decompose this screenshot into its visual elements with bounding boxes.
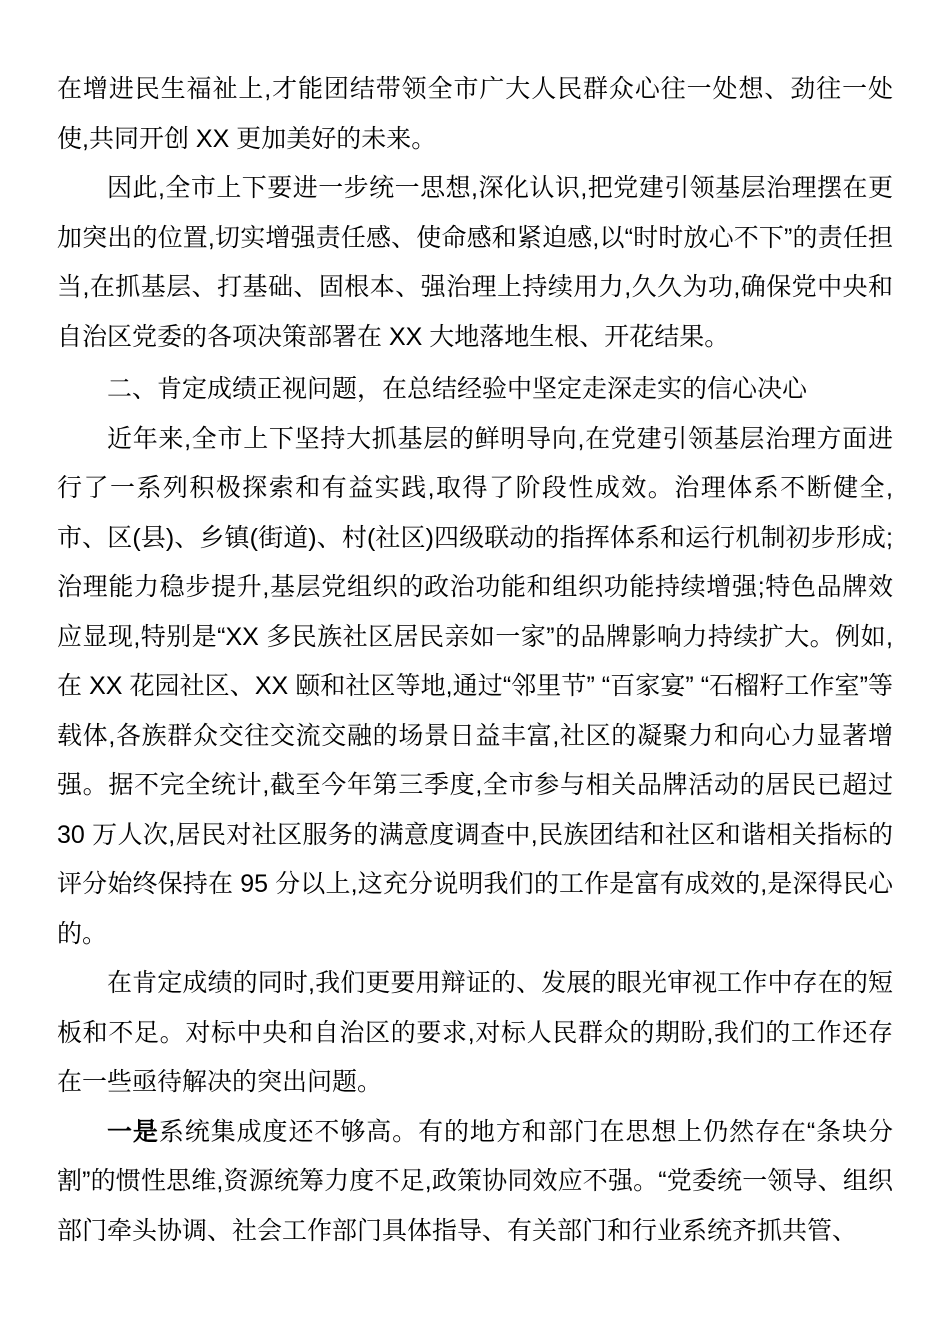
section-heading-text: 二、肯定成绩正视问题，在总结经验中坚定走深走实的信心决心 bbox=[107, 375, 807, 403]
paragraph: 因此,全市上下要进一步统一思想,深化认识,把党建引领基层治理摆在更加突出的位置,… bbox=[57, 164, 893, 362]
paragraph-text: 在肯定成绩的同时,我们更要用辩证的、发展的眼光审视工作中存在的短板和不足。对标中… bbox=[57, 969, 893, 1096]
paragraph: 一是系统集成度还不够高。有的地方和部门在思想上仍然存在“条块分割”的惯性思维,资… bbox=[57, 1108, 893, 1257]
section-heading: 二、肯定成绩正视问题，在总结经验中坚定走深走实的信心决心 bbox=[57, 365, 893, 415]
paragraph: 在增进民生福祉上,才能团结带领全市广大人民群众心往一处想、劲往一处使,共同开创 … bbox=[57, 65, 893, 164]
paragraph: 在肯定成绩的同时,我们更要用辩证的、发展的眼光审视工作中存在的短板和不足。对标中… bbox=[57, 959, 893, 1108]
paragraph-lead-bold: 一是 bbox=[107, 1118, 159, 1146]
document-text-column: 在增进民生福祉上,才能团结带领全市广大人民群众心往一处想、劲往一处使,共同开创 … bbox=[57, 65, 893, 1256]
paragraph-text: 近年来,全市上下坚持大抓基层的鲜明导向,在党建引领基层治理方面进行了一系列积极探… bbox=[57, 425, 893, 948]
paragraph: 近年来,全市上下坚持大抓基层的鲜明导向,在党建引领基层治理方面进行了一系列积极探… bbox=[57, 415, 893, 960]
paragraph-text: 系统集成度还不够高。有的地方和部门在思想上仍然存在“条块分割”的惯性思维,资源统… bbox=[57, 1118, 893, 1245]
paragraph-text: 因此,全市上下要进一步统一思想,深化认识,把党建引领基层治理摆在更加突出的位置,… bbox=[57, 174, 893, 351]
paragraph-text: 在增进民生福祉上,才能团结带领全市广大人民群众心往一处想、劲往一处使,共同开创 … bbox=[57, 75, 893, 153]
